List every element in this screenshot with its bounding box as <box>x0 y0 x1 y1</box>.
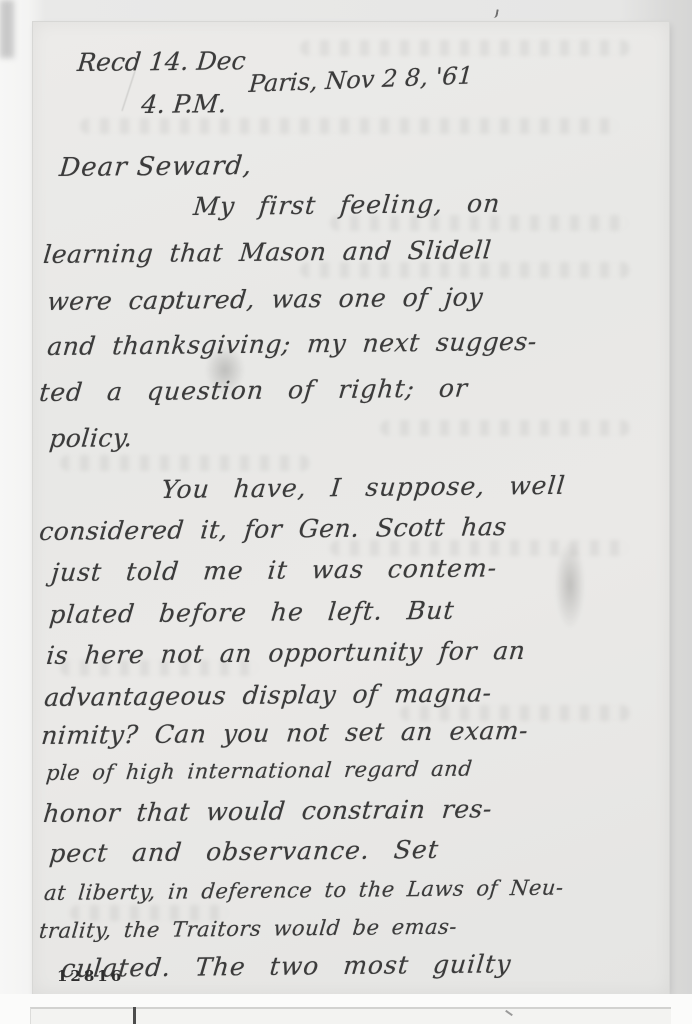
manuscript-line: You have, I suppose, well <box>160 471 567 504</box>
docket-received-note: Recd 14. Dec <box>76 46 247 77</box>
archive-number: 12816 <box>57 967 124 985</box>
ink-smudge <box>555 540 585 630</box>
ink-speck <box>491 9 498 19</box>
manuscript-line: policy. <box>48 423 134 453</box>
scan-corner-shadow <box>0 0 14 58</box>
bleedthrough-line <box>80 118 620 134</box>
manuscript-line: advantageous display of magna- <box>43 678 493 712</box>
manuscript-line: were captured, was one of joy <box>46 282 484 316</box>
manuscript-line: culated. The two most guilty <box>60 949 513 983</box>
manuscript-line: plated before he left. But <box>48 596 456 629</box>
next-page-edge-line <box>133 1007 136 1024</box>
manuscript-line: pect and observance. Set <box>48 835 440 868</box>
next-page-edge <box>30 1007 671 1024</box>
bleedthrough-line <box>60 455 310 471</box>
scanned-letter-page: Recd 14. Dec 4. P.M. Paris, Nov 2 8, '61… <box>0 0 692 1024</box>
salutation: Dear Seward, <box>58 151 254 183</box>
bleedthrough-line <box>300 40 630 56</box>
manuscript-line: ple of high international regard and <box>45 757 473 785</box>
manuscript-line: learning that Mason and Slidell <box>42 235 493 269</box>
manuscript-line: and thanksgiving; my next sugges- <box>46 327 538 361</box>
manuscript-line: trality, the Traitors would be emas- <box>38 915 458 943</box>
manuscript-line: just told me it was contem- <box>50 553 499 587</box>
manuscript-line: is here not an opportunity for an <box>45 636 527 670</box>
manuscript-line: ted a question of right; or <box>38 374 469 407</box>
manuscript-line: considered it, for Gen. Scott has <box>38 512 508 546</box>
fold-crease <box>122 71 136 111</box>
manuscript-line: My first feeling, on <box>192 189 502 221</box>
bleedthrough-line <box>380 420 630 436</box>
manuscript-line: honor that would constrain res- <box>42 794 493 828</box>
docket-time-note: 4. P.M. <box>140 89 228 119</box>
manuscript-line: nimity? Can you not set an exam- <box>40 716 530 750</box>
